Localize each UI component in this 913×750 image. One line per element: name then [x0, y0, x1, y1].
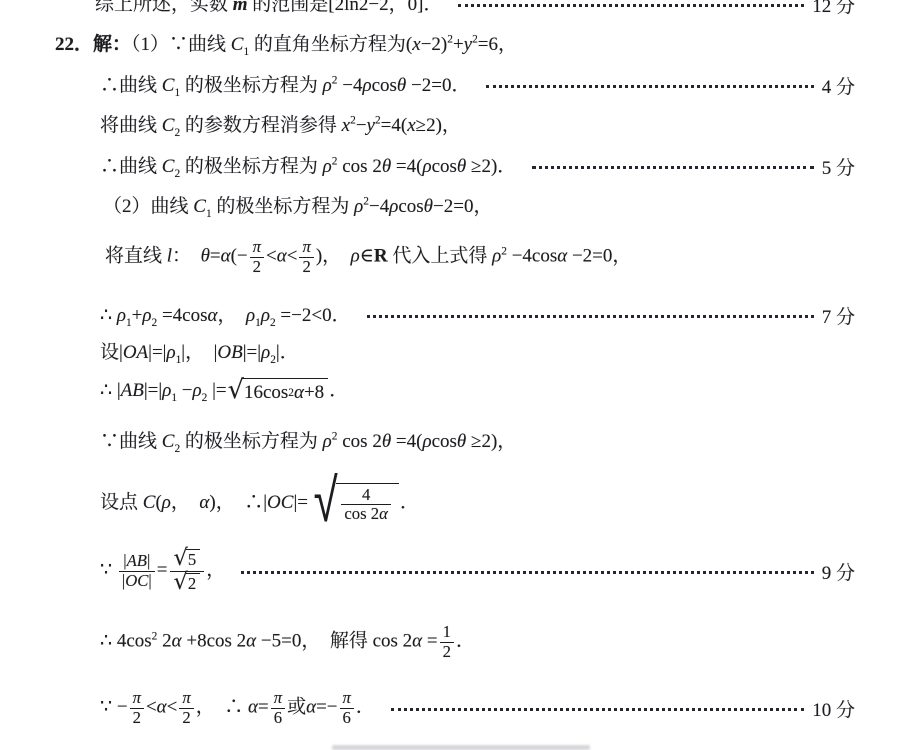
- text-segment: ．: [456, 631, 475, 652]
- text-segment: cos 2: [338, 156, 382, 177]
- text-segment: ≥2)，: [416, 115, 461, 136]
- text-segment: =: [258, 697, 269, 718]
- italic-variable: ρ: [162, 492, 171, 513]
- math-text-run: （2）曲线 C1 的极坐标方程为 ρ2−4ρcosθ−2=0，: [103, 194, 492, 220]
- italic-variable: C: [162, 156, 175, 177]
- italic-variable: ρ: [323, 156, 332, 177]
- fraction-denominator: 2: [130, 708, 144, 728]
- dotted-leader: [532, 166, 813, 169]
- italic-variable: ρ: [351, 246, 360, 267]
- q21-conclusion-line: 综上所述，实数 m 的范围是[2ln2−2，0]．12 分: [95, 0, 855, 18]
- italic-variable: ρ: [422, 156, 431, 177]
- italic-variable: α: [157, 697, 167, 718]
- italic-variable: OC: [125, 571, 148, 590]
- text-segment: +8: [304, 380, 324, 406]
- fraction: π2: [299, 238, 313, 276]
- c2-polar-equation: ∴曲线 C2 的极坐标方程为 ρ2 cos 2θ =4(ρcosθ ≥2)．5 …: [100, 153, 855, 180]
- math-text-run: ∴曲线 C2 的极坐标方程为 ρ2 cos 2θ =4(ρcosθ ≥2)．: [100, 154, 516, 180]
- math-text-run: 将曲线 C2 的参数方程消参得 x2−y2=4(x≥2)，: [100, 113, 461, 139]
- fraction: π2: [179, 689, 193, 727]
- text-segment: ， ∴: [196, 697, 248, 718]
- score-label: 7 分: [822, 302, 855, 329]
- math-text-run: ∴曲线 C1 的极坐标方程为 ρ2 −4ρcosθ −2=0．: [100, 73, 470, 99]
- text-segment: ∵: [100, 559, 117, 580]
- score-label: 10 分: [812, 695, 855, 722]
- c2-cartesian-equation: 将曲线 C2 的参数方程消参得 x2−y2=4(x≥2)，: [100, 113, 461, 139]
- ab-length-result: ∴ |AB|=|ρ1 −ρ2 |=√16cos2α+8．: [100, 378, 348, 406]
- fraction-denominator: 2: [299, 257, 313, 277]
- fraction-denominator: 6: [271, 708, 285, 728]
- text-segment: +: [132, 305, 143, 326]
- italic-variable: π: [343, 688, 351, 707]
- italic-variable: x: [342, 115, 350, 136]
- italic-variable: π: [274, 688, 282, 707]
- italic-variable: y: [464, 34, 472, 55]
- text-segment: |=|: [148, 342, 166, 363]
- bold-segment: R: [374, 246, 388, 267]
- fraction-numerator: π: [340, 689, 354, 708]
- italic-variable: ρ: [323, 431, 332, 452]
- fraction-denominator: √2: [170, 571, 205, 595]
- c2-polar-recall: ∵曲线 C2 的极坐标方程为 ρ2 cos 2θ =4(ρcosθ ≥2)，: [100, 429, 516, 455]
- text-segment: =: [422, 631, 437, 652]
- italic-variable: ρ: [193, 380, 202, 401]
- text-segment: =6，: [478, 34, 517, 55]
- text-segment: 设|: [100, 342, 123, 363]
- italic-variable: θ: [457, 431, 466, 452]
- text-segment: =4cos: [157, 305, 207, 326]
- score-label: 5 分: [822, 153, 855, 180]
- italic-variable: π: [253, 237, 261, 256]
- radical-sign-icon: √: [174, 547, 188, 570]
- text-segment: ，: [206, 559, 225, 580]
- italic-variable: AB: [127, 551, 147, 570]
- math-text-run: 22．解：（1）∵曲线 C1 的直角坐标方程为(x−2)2+y2=6，: [55, 32, 517, 58]
- text-segment: ∈: [360, 246, 374, 267]
- text-segment: <: [167, 697, 178, 718]
- cropped-next-line: [332, 745, 590, 750]
- score-label: 9 分: [822, 558, 855, 585]
- alpha-result: ∵ −π2<α<π2， ∴ α=π6或α=−π6．10 分: [100, 689, 855, 727]
- text-segment: 2: [302, 257, 310, 276]
- text-segment: 将直线: [105, 246, 167, 267]
- italic-variable: θ: [382, 431, 391, 452]
- fraction-numerator: 1: [440, 623, 454, 642]
- text-segment: 的直角坐标方程为(: [249, 34, 412, 55]
- text-segment: ∵ −: [100, 697, 128, 718]
- radicand: 5: [186, 549, 200, 570]
- radicand: 4cos 2α: [336, 483, 399, 524]
- text-segment: ∵曲线: [100, 431, 162, 452]
- text-segment: −4: [338, 75, 363, 96]
- fraction-denominator: 6: [340, 708, 354, 728]
- dotted-leader: [391, 708, 804, 711]
- fraction: π2: [130, 689, 144, 727]
- bold-italic-variable: m: [233, 0, 248, 15]
- text-segment: cos: [398, 196, 423, 217]
- fraction-numerator: |AB|: [120, 552, 153, 571]
- radical-sign-icon: √: [174, 571, 188, 594]
- text-segment: 综上所述，实数: [95, 0, 233, 15]
- text-segment: −2): [421, 34, 448, 55]
- text-segment: ∴ 4cos: [100, 631, 152, 652]
- fraction-denominator: 2: [440, 642, 454, 662]
- italic-variable: θ: [397, 75, 406, 96]
- italic-variable: ρ: [117, 305, 126, 326]
- text-segment: (−: [231, 246, 248, 267]
- text-segment: 的极坐标方程为: [212, 196, 355, 217]
- radical-sign-icon: √: [228, 378, 244, 404]
- italic-variable: ρ: [261, 342, 270, 363]
- text-segment: |．: [276, 342, 299, 363]
- text-segment: −4: [369, 196, 389, 217]
- fraction-numerator: π: [271, 689, 285, 708]
- italic-variable: θ: [382, 156, 391, 177]
- radical: √2: [174, 572, 201, 595]
- text-segment: ∴ |: [100, 380, 121, 401]
- text-segment: |， |: [181, 342, 217, 363]
- oa-ob-definition: 设|OA|=|ρ1|， |OB|=|ρ2|．: [100, 340, 299, 366]
- text-segment: 6: [343, 708, 351, 727]
- text-segment: −5=0， 解得 cos 2: [256, 631, 412, 652]
- text-segment: 5: [188, 551, 196, 570]
- text-segment: 4: [362, 485, 370, 504]
- italic-variable: OA: [123, 342, 148, 363]
- text-segment: <: [287, 246, 298, 267]
- text-segment: （2）曲线: [103, 196, 193, 217]
- text-segment: 1: [443, 622, 451, 641]
- text-segment: ．: [329, 380, 348, 401]
- text-segment: ∴曲线: [100, 75, 162, 96]
- text-segment: −: [356, 115, 367, 136]
- vieta-results: ∴ ρ1+ρ2 =4cosα， ρ1ρ2 =−2<0．7 分: [100, 302, 855, 329]
- text-segment: =: [210, 246, 221, 267]
- text-segment: cos: [372, 75, 397, 96]
- text-segment: |=: [207, 380, 226, 401]
- italic-variable: ρ: [422, 431, 431, 452]
- text-segment: 2: [157, 631, 171, 652]
- dotted-leader: [241, 571, 813, 574]
- oc-length: 设点 C(ρ， α)， ∴|OC|=√4cos 2α．: [100, 473, 419, 534]
- italic-variable: α: [306, 697, 316, 718]
- text-segment: cos: [432, 431, 457, 452]
- radical: √4cos 2α: [309, 473, 399, 534]
- document-page: 综上所述，实数 m 的范围是[2ln2−2，0]．12 分22．解：（1）∵曲线…: [0, 0, 913, 750]
- text-segment: 2: [133, 708, 141, 727]
- italic-variable: C: [162, 431, 175, 452]
- text-segment: =4(: [391, 156, 422, 177]
- fraction-numerator: π: [299, 238, 313, 257]
- text-segment: −2=0，: [433, 196, 492, 217]
- text-segment: cos: [432, 156, 457, 177]
- text-segment: |: [148, 571, 151, 590]
- italic-variable: θ: [201, 246, 210, 267]
- text-segment: =−: [316, 697, 337, 718]
- fraction-numerator: 4: [359, 486, 373, 505]
- italic-variable: α: [172, 631, 182, 652]
- math-text-run: ∵ −π2<α<π2， ∴ α=π6或α=−π6．: [100, 689, 375, 727]
- text-segment: −2=0．: [406, 75, 470, 96]
- italic-variable: α: [294, 380, 304, 406]
- text-segment: ，: [171, 492, 200, 513]
- text-segment: 的极坐标方程为: [180, 75, 323, 96]
- text-segment: 或: [287, 697, 306, 718]
- dotted-leader: [367, 315, 814, 318]
- fraction-denominator: 2: [179, 708, 193, 728]
- radical: √5: [174, 548, 201, 571]
- q22-solution-start: 22．解：（1）∵曲线 C1 的直角坐标方程为(x−2)2+y2=6，: [55, 32, 517, 58]
- math-text-run: 综上所述，实数 m 的范围是[2ln2−2，0]．: [95, 0, 442, 17]
- text-segment: +8cos 2: [182, 631, 247, 652]
- text-segment: 的参数方程消参得: [180, 115, 342, 136]
- text-segment: |=: [293, 492, 308, 513]
- radical: √16cos2α+8: [228, 378, 329, 406]
- italic-variable: C: [143, 492, 156, 513]
- text-segment: 2: [188, 575, 196, 594]
- italic-variable: C: [231, 34, 244, 55]
- italic-variable: C: [193, 196, 206, 217]
- fraction-denominator: cos 2α: [341, 504, 391, 524]
- text-segment: 设点: [100, 492, 143, 513]
- text-segment: cos 2: [338, 431, 382, 452]
- italic-variable: α: [248, 697, 258, 718]
- text-segment: 的范围是[2ln2−2，0]．: [248, 0, 443, 15]
- italic-variable: ρ: [492, 246, 501, 267]
- text-segment: cos 2: [344, 504, 379, 523]
- italic-variable: θ: [424, 196, 433, 217]
- text-segment: ：: [172, 246, 201, 267]
- math-text-run: 设点 C(ρ， α)， ∴|OC|=√4cos 2α．: [100, 473, 419, 534]
- math-text-run: ∵曲线 C2 的极坐标方程为 ρ2 cos 2θ =4(ρcosθ ≥2)，: [100, 429, 516, 455]
- fraction-denominator: 2: [250, 257, 264, 277]
- italic-variable: α: [277, 246, 287, 267]
- text-segment: 2: [182, 708, 190, 727]
- italic-variable: OB: [217, 342, 242, 363]
- text-segment: =4(: [391, 431, 422, 452]
- italic-variable: α: [221, 246, 231, 267]
- italic-variable: ρ: [323, 75, 332, 96]
- text-segment: |=|: [144, 380, 162, 401]
- fraction-numerator: π: [179, 689, 193, 708]
- text-segment: ≥2)．: [466, 156, 516, 177]
- text-segment: ，: [218, 305, 247, 326]
- line-l-substitution: 将直线 l： θ=α(−π2<α<π2)， ρ∈R 代入上式得 ρ2 −4cos…: [105, 238, 631, 276]
- italic-variable: x: [407, 115, 415, 136]
- math-text-run: ∵ |AB||OC|=√5√2，: [100, 548, 225, 594]
- text-segment: −4cos: [507, 246, 557, 267]
- italic-variable: ρ: [246, 305, 255, 326]
- fraction: 12: [440, 623, 454, 661]
- text-segment: <: [266, 246, 277, 267]
- text-segment: )，: [316, 246, 351, 267]
- math-text-run: ∴ 4cos2 2α +8cos 2α −5=0， 解得 cos 2α =12．: [100, 623, 475, 661]
- text-segment: −2=0，: [567, 246, 631, 267]
- fraction: |AB||OC|: [119, 552, 155, 590]
- fraction: π6: [271, 689, 285, 727]
- fraction: √5√2: [170, 548, 205, 594]
- radicand: 2: [186, 573, 200, 594]
- text-segment: 2: [443, 642, 451, 661]
- text-segment: ．: [356, 697, 375, 718]
- text-segment: 的极坐标方程为: [180, 156, 323, 177]
- text-segment: 将曲线: [100, 115, 162, 136]
- text-segment: 16cos: [244, 380, 288, 406]
- text-segment: ∴: [100, 305, 117, 326]
- text-segment: ∴曲线: [100, 156, 162, 177]
- italic-variable: α: [246, 631, 256, 652]
- part2-c1-polar-recall: （2）曲线 C1 的极坐标方程为 ρ2−4ρcosθ−2=0，: [103, 194, 492, 220]
- text-segment: |: [147, 551, 150, 570]
- italic-variable: OC: [267, 492, 293, 513]
- italic-variable: α: [379, 504, 388, 523]
- text-segment: （1）∵曲线: [131, 34, 231, 55]
- italic-variable: C: [162, 115, 175, 136]
- italic-variable: AB: [121, 380, 144, 401]
- radicand: 16cos2α+8: [242, 378, 328, 406]
- text-segment: <: [146, 697, 157, 718]
- text-segment: −: [177, 380, 192, 401]
- fraction-numerator: √5: [170, 548, 205, 571]
- dotted-leader: [486, 85, 813, 88]
- c1-polar-equation: ∴曲线 C1 的极坐标方程为 ρ2 −4ρcosθ −2=0．4 分: [100, 72, 855, 99]
- fraction-numerator: π: [130, 689, 144, 708]
- italic-variable: π: [302, 237, 310, 256]
- text-segment: =4(: [381, 115, 408, 136]
- text-segment: 代入上式得: [388, 246, 493, 267]
- fraction: π2: [250, 238, 264, 276]
- italic-variable: ρ: [389, 196, 398, 217]
- italic-variable: ρ: [162, 380, 171, 401]
- fraction-denominator: |OC|: [119, 571, 155, 591]
- math-text-run: ∴ |AB|=|ρ1 −ρ2 |=√16cos2α+8．: [100, 378, 348, 406]
- italic-variable: y: [367, 115, 375, 136]
- italic-variable: α: [199, 492, 209, 513]
- italic-variable: π: [133, 688, 141, 707]
- text-segment: )， ∴|: [209, 492, 267, 513]
- text-segment: =: [157, 559, 168, 580]
- text-segment: 的极坐标方程为: [180, 431, 323, 452]
- italic-variable: x: [412, 34, 420, 55]
- italic-variable: ρ: [354, 196, 363, 217]
- cos2a-solve: ∴ 4cos2 2α +8cos 2α −5=0， 解得 cos 2α =12．: [100, 623, 475, 661]
- math-text-run: 设|OA|=|ρ1|， |OB|=|ρ2|．: [100, 340, 299, 366]
- italic-variable: α: [557, 246, 567, 267]
- dotted-leader: [458, 4, 804, 7]
- score-label: 4 分: [822, 72, 855, 99]
- italic-variable: C: [162, 75, 175, 96]
- italic-variable: ρ: [166, 342, 175, 363]
- italic-variable: ρ: [261, 305, 270, 326]
- text-segment: 2: [253, 257, 261, 276]
- italic-variable: ρ: [142, 305, 151, 326]
- fraction: π6: [340, 689, 354, 727]
- ab-oc-ratio: ∵ |AB||OC|=√5√2，9 分: [100, 548, 855, 594]
- italic-variable: α: [208, 305, 218, 326]
- italic-variable: ρ: [362, 75, 371, 96]
- fraction-numerator: π: [250, 238, 264, 257]
- text-segment: ≥2)，: [466, 431, 516, 452]
- bold-segment: 22．解：: [55, 34, 131, 55]
- italic-variable: α: [412, 631, 422, 652]
- text-segment: +: [453, 34, 464, 55]
- italic-variable: θ: [457, 156, 466, 177]
- text-segment: ．: [400, 492, 419, 513]
- math-text-run: ∴ ρ1+ρ2 =4cosα， ρ1ρ2 =−2<0．: [100, 303, 351, 329]
- radical-sign-icon: √: [314, 471, 338, 532]
- text-segment: =−2<0．: [276, 305, 351, 326]
- score-label: 12 分: [812, 0, 855, 18]
- text-segment: |=|: [243, 342, 261, 363]
- text-segment: 6: [274, 708, 282, 727]
- italic-variable: π: [182, 688, 190, 707]
- fraction: 4cos 2α: [341, 486, 391, 524]
- math-text-run: 将直线 l： θ=α(−π2<α<π2)， ρ∈R 代入上式得 ρ2 −4cos…: [105, 238, 631, 276]
